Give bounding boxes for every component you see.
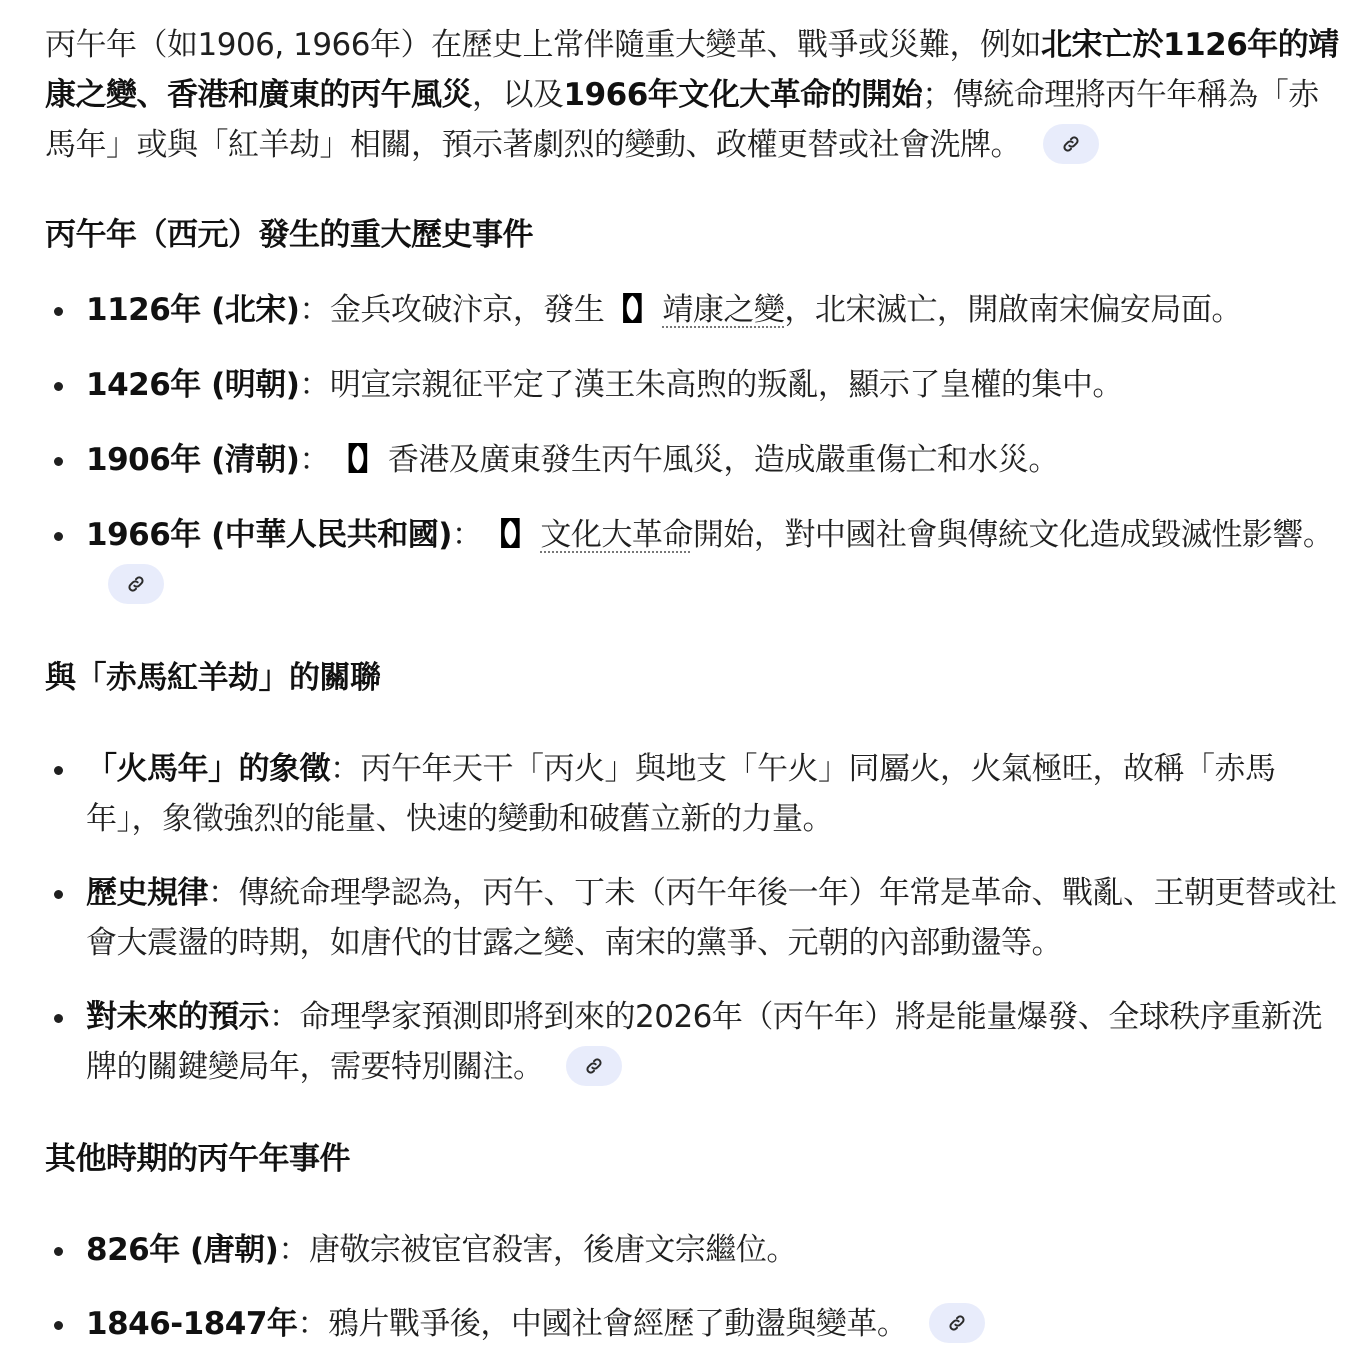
- source-link-button[interactable]: [1043, 124, 1099, 164]
- item-text: 開始，對中國社會與傳統文化造成毀滅性影響。: [693, 517, 1334, 553]
- association-list: 「火馬年」的象徵：丙午年天干「丙火」與地支「午火」同屬火，火氣極旺，故稱「赤馬年…: [45, 744, 1346, 1092]
- item-text: 金兵攻破汴京，發生: [330, 292, 605, 328]
- item-label: 歷史規律: [86, 875, 208, 911]
- separator: ：: [330, 751, 361, 787]
- citation-marker[interactable]: 【】: [482, 510, 532, 560]
- item-label: 826年 (唐朝): [86, 1232, 278, 1268]
- item-label: 對未來的預示: [86, 999, 269, 1035]
- item-label: 1126年 (北宋): [86, 292, 299, 328]
- answer-document: 丙午年（如1906, 1966年）在歷史上常伴隨重大變革、戰爭或災難，例如北宋亡…: [0, 0, 1366, 1349]
- separator: ：: [269, 999, 300, 1035]
- separator: ：: [299, 367, 330, 403]
- separator: ：: [208, 875, 239, 911]
- item-label: 1846-1847年: [86, 1306, 297, 1342]
- item-label: 1906年 (清朝): [86, 442, 299, 478]
- intro-text: ，以及: [472, 77, 564, 113]
- link-icon: [1061, 134, 1081, 154]
- list-item: 1126年 (北宋)：金兵攻破汴京，發生【】靖康之變，北宋滅亡，開啟南宋偏安局面…: [45, 285, 1346, 335]
- source-link-button[interactable]: [929, 1303, 985, 1343]
- list-item: 1426年 (明朝)：明宣宗親征平定了漢王朱高煦的叛亂，顯示了皇權的集中。: [45, 360, 1346, 410]
- citation-marker[interactable]: 【】: [330, 435, 380, 485]
- item-text: ，北宋滅亡，開啟南宋偏安局面。: [784, 292, 1242, 328]
- source-link-button[interactable]: [566, 1046, 622, 1086]
- item-label: 1426年 (明朝): [86, 367, 299, 403]
- source-link-button[interactable]: [108, 564, 164, 604]
- item-label: 「火馬年」的象徵: [86, 751, 330, 787]
- item-text: 香港及廣東發生丙午風災，造成嚴重傷亡和水災。: [388, 442, 1059, 478]
- separator: ：: [297, 1306, 328, 1342]
- link-icon: [126, 574, 146, 594]
- intro-text: 丙午年（如1906, 1966年）在歷史上常伴隨重大變革、戰爭或災難，例如: [45, 27, 1041, 63]
- section-heading: 丙午年（西元）發生的重大歷史事件: [45, 211, 1346, 259]
- item-text: 明宣宗親征平定了漢王朱高煦的叛亂，顯示了皇權的集中。: [330, 367, 1123, 403]
- separator: ：: [452, 517, 483, 553]
- item-text: 鴉片戰爭後，中國社會經歷了動盪與變革。: [328, 1306, 908, 1342]
- list-item: 歷史規律：傳統命理學認為，丙午、丁未（丙午年後一年）年常是革命、戰亂、王朝更替或…: [45, 868, 1346, 968]
- list-item: 826年 (唐朝)：唐敬宗被宦官殺害，後唐文宗繼位。: [45, 1225, 1346, 1275]
- separator: ：: [278, 1232, 309, 1268]
- events-list: 1126年 (北宋)：金兵攻破汴京，發生【】靖康之變，北宋滅亡，開啟南宋偏安局面…: [45, 285, 1346, 610]
- list-item: 「火馬年」的象徵：丙午年天干「丙火」與地支「午火」同屬火，火氣極旺，故稱「赤馬年…: [45, 744, 1346, 844]
- list-item: 1906年 (清朝)：【】香港及廣東發生丙午風災，造成嚴重傷亡和水災。: [45, 435, 1346, 485]
- section-heading: 其他時期的丙午年事件: [45, 1135, 1346, 1183]
- intro-highlight: 1966年文化大革命的開始: [564, 77, 923, 113]
- citation-marker[interactable]: 【】: [604, 285, 654, 335]
- list-item: 1966年 (中華人民共和國)：【】文化大革命開始，對中國社會與傳統文化造成毀滅…: [45, 510, 1346, 610]
- link-icon: [947, 1313, 967, 1333]
- intro-paragraph: 丙午年（如1906, 1966年）在歷史上常伴隨重大變革、戰爭或災難，例如北宋亡…: [45, 20, 1346, 170]
- link-icon: [584, 1056, 604, 1076]
- separator: ：: [299, 292, 330, 328]
- list-item: 對未來的預示：命理學家預測即將到來的2026年（丙午年）將是能量爆發、全球秩序重…: [45, 992, 1346, 1092]
- item-text: 傳統命理學認為，丙午、丁未（丙午年後一年）年常是革命、戰亂、王朝更替或社會大震盪…: [86, 875, 1337, 961]
- section-heading: 與「赤馬紅羊劫」的關聯: [45, 654, 1346, 702]
- item-label: 1966年 (中華人民共和國): [86, 517, 452, 553]
- separator: ：: [299, 442, 330, 478]
- other-events-list: 826年 (唐朝)：唐敬宗被宦官殺害，後唐文宗繼位。 1846-1847年：鴉片…: [45, 1225, 1346, 1349]
- entity-link[interactable]: 文化大革命: [540, 517, 693, 553]
- item-text: 唐敬宗被宦官殺害，後唐文宗繼位。: [309, 1232, 797, 1268]
- list-item: 1846-1847年：鴉片戰爭後，中國社會經歷了動盪與變革。: [45, 1299, 1346, 1349]
- entity-link[interactable]: 靖康之變: [662, 292, 784, 328]
